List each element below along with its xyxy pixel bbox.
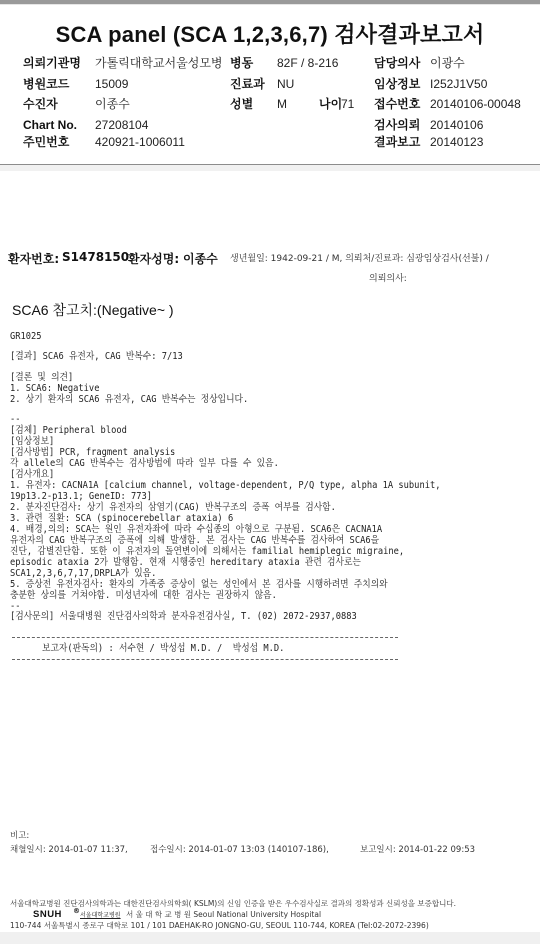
section-divider-strip — [0, 165, 540, 171]
label-hospital-code: 병원코드 — [23, 77, 69, 91]
detail-line: 각 allele의 CAG 반복수는 검사방법에 따라 일부 다를 수 있음. — [10, 458, 279, 469]
label-clinical-info: 임상정보 — [374, 77, 420, 91]
detail-line: [검체] Peripheral blood — [10, 425, 127, 436]
detail-line: [임상정보] — [10, 436, 54, 447]
label-requesting-institution: 의뢰기관명 — [23, 56, 81, 70]
hospital-address: 110-744 서울특별시 종로구 대학로 101 / 101 DAEHAK-R… — [10, 920, 429, 931]
value-sex: M — [277, 97, 287, 111]
report-title: SCA panel (SCA 1,2,3,6,7) 검사결과보고서 — [0, 18, 540, 49]
detail-line: [검사개요] — [10, 469, 54, 480]
patient-name: 이종수 — [183, 250, 218, 267]
conclusion-line-1: 1. SCA6: Negative — [10, 383, 99, 394]
detail-line: 3. 관련 질환: SCA (spinocerebellar ataxia) 6 — [10, 513, 233, 524]
reporter-rule-bottom — [12, 659, 398, 660]
value-chart-no: 27208104 — [95, 118, 148, 132]
label-chart-no: Chart No. — [23, 118, 77, 132]
detail-line: -- — [10, 414, 21, 425]
patient-no-label: 환자번호: — [8, 250, 59, 267]
label-result-report: 결과보고 — [374, 135, 420, 149]
snuh-logo-mark: ® — [73, 907, 80, 915]
value-hospital-code: 15009 — [95, 77, 128, 91]
test-code: GR1025 — [10, 331, 42, 342]
label-sex: 성별 — [230, 97, 253, 111]
requesting-doctor-label: 의뢰의사: — [369, 271, 407, 284]
label-test-request: 검사의뢰 — [374, 118, 420, 132]
detail-line: 진단, 감별진단함. 또한 이 유전자의 돌연변이에 의해서는 familial… — [10, 546, 404, 557]
label-ward: 병동 — [230, 56, 253, 70]
result-summary: [결과] SCA6 유전자, CAG 반복수: 7/13 — [10, 351, 183, 362]
patient-name-label: 환자성명: — [128, 250, 179, 267]
reporter-rule-top — [12, 637, 398, 638]
inquiry-line: [검사문의] 서울대병원 진단검사의학과 분자유전검사실, T. (02) 20… — [10, 611, 357, 622]
label-attending-doctor: 담당의사 — [374, 56, 420, 70]
label-resident-no: 주민번호 — [23, 135, 69, 149]
snuh-logo-korean: 서울대학교병원 — [80, 910, 121, 919]
reporter-line: 보고자(판독의) : 서수현 / 박성섭 M.D. / 박성섭 M.D. — [42, 643, 284, 654]
detail-line: 19p13.2-p13.1; GeneID: 773] — [10, 491, 152, 502]
detail-line: 충분한 상의를 거쳐야함. 미성년자에 대한 검사는 권장하지 않음. — [10, 590, 277, 601]
label-patient: 수진자 — [23, 97, 58, 111]
remarks-label: 비고: — [10, 829, 29, 841]
value-clinical-info: I252J1V50 — [430, 77, 487, 91]
detail-line: [검사방법] PCR, fragment analysis — [10, 447, 175, 458]
detail-line: 4. 배경,의의: SCA는 원인 유전자좌에 따라 수십종의 아형으로 구분됨… — [10, 524, 382, 535]
snuh-logo: SNUH — [33, 909, 62, 920]
conclusion-line-2: 2. 상기 환자의 SCA6 유전자, CAG 반복수는 정상입니다. — [10, 394, 248, 405]
value-test-request: 20140106 — [430, 118, 483, 132]
value-department: NU — [277, 77, 294, 91]
label-age: 나이 — [319, 97, 342, 111]
patient-details: 생년월일: 1942-09-21 / M, 의뢰처/진료과: 심광임상검사(선불… — [230, 251, 489, 264]
value-patient: 이종수 — [95, 97, 130, 111]
label-accession-no: 접수번호 — [374, 97, 420, 111]
value-attending-doctor: 이광수 — [430, 56, 465, 70]
value-ward: 82F / 8-216 — [277, 56, 338, 70]
label-department: 진료과 — [230, 77, 265, 91]
patient-no: S1478150 — [62, 250, 129, 264]
collected-datetime: 채혈일시: 2014-01-07 11:37, — [10, 843, 128, 855]
detail-line: SCA1,2,3,6,7,17,DRPLA가 있음. — [10, 568, 156, 579]
detail-line: 2. 분자진단검사: 상기 유전자의 삼염기(CAG) 반복구조의 증폭 여부를… — [10, 502, 336, 513]
conclusion-heading: [결론 및 의견] — [10, 372, 73, 383]
reported-datetime: 보고일시: 2014-01-22 09:53 — [360, 843, 475, 855]
top-strip — [0, 4, 540, 5]
hospital-name: 서 울 대 학 교 병 원 Seoul National University … — [126, 909, 321, 920]
received-datetime: 접수일시: 2014-01-07 13:03 (140107-186), — [150, 843, 329, 855]
value-requesting-institution: 가톨릭대학교서울성모병 — [95, 56, 223, 70]
value-result-report: 20140123 — [430, 135, 483, 149]
value-accession-no: 20140106-00048 — [430, 97, 521, 111]
detail-line: 5. 증상전 유전자검사: 환자의 가족중 증상이 없는 성인에서 본 검사를 … — [10, 579, 388, 590]
value-resident-no: 420921-1006011 — [95, 135, 185, 149]
detail-line: 유전자의 CAG 반복구조의 증폭에 의해 발생함. 본 검사는 CAG 반복수… — [10, 535, 379, 546]
bottom-strip — [0, 932, 540, 944]
detail-line: episodic ataxia 2가 발행함. 현재 시행중인 heredita… — [10, 557, 361, 568]
value-age: 71 — [341, 97, 354, 111]
reference-title: SCA6 참고치:(Negative~ ) — [12, 300, 174, 320]
detail-line: 1. 유전자: CACNA1A [calcium channel, voltag… — [10, 480, 441, 491]
